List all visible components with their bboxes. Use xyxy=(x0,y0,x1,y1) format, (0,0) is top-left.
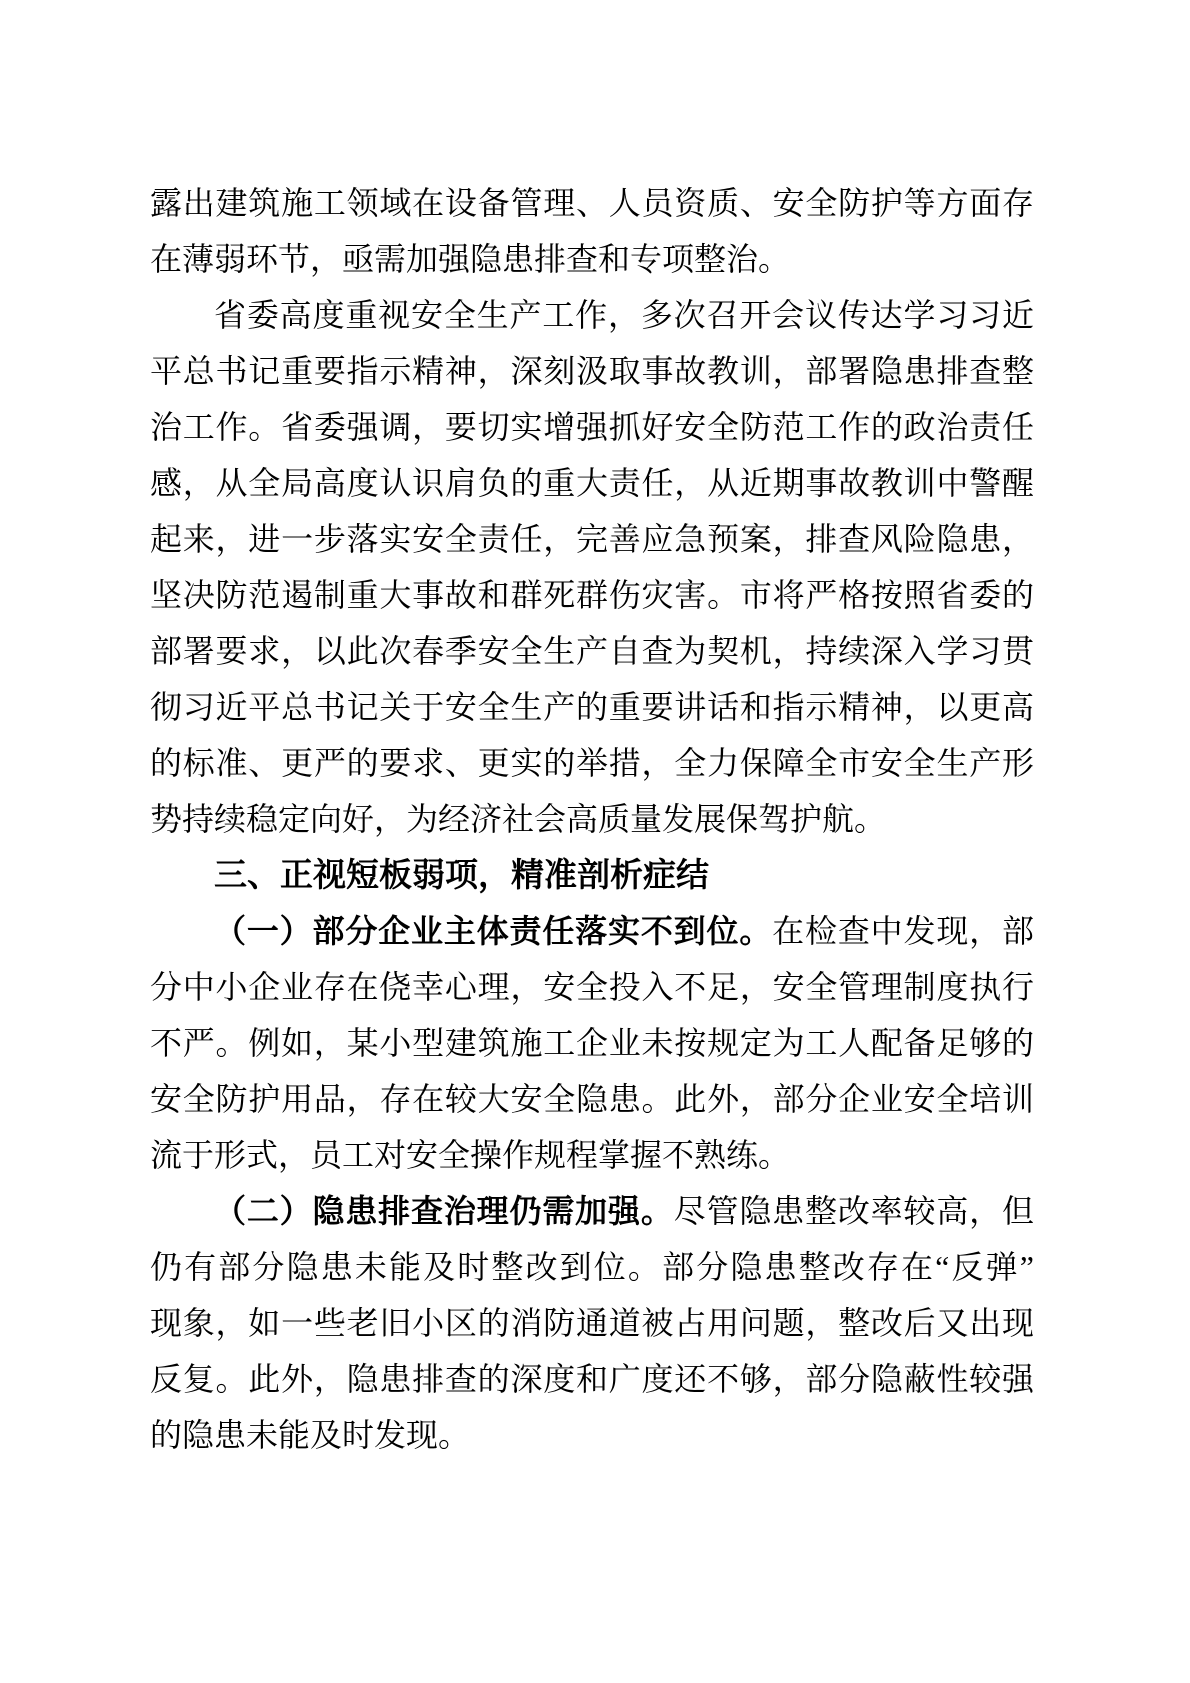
text-run: 在薄弱环节，亟需加强隐患排查和专项整治。 xyxy=(150,241,790,277)
text-line: 安全防护用品，存在较大安全隐患。此外，部分企业安全培训 xyxy=(150,1071,1034,1127)
text-line: 起来，进一步落实安全责任，完善应急预案，排查风险隐患， xyxy=(150,511,1034,567)
text-line: 的标准、更严的要求、更实的举措，全力保障全市安全生产形 xyxy=(150,735,1034,791)
text-run: 势持续稳定向好，为经济社会高质量发展保驾护航。 xyxy=(150,801,886,837)
text-run: 尽管隐患整改率较高，但 xyxy=(674,1193,1034,1229)
text-line: 分中小企业存在侥幸心理，安全投入不足，安全管理制度执行 xyxy=(150,959,1034,1015)
text-run: 平总书记重要指示精神，深刻汲取事故教训，部署隐患排查整 xyxy=(150,353,1034,389)
text-run: 流于形式，员工对安全操作规程掌握不熟练。 xyxy=(150,1137,790,1173)
section-heading-text: 三、正视短板弱项，精准剖析症结 xyxy=(214,856,709,893)
text-run: 的隐患未能及时发现。 xyxy=(150,1417,470,1453)
text-line: 势持续稳定向好，为经济社会高质量发展保驾护航。 xyxy=(150,791,1034,847)
text-run: 彻习近平总书记关于安全生产的重要讲话和指示精神，以更高 xyxy=(150,689,1034,725)
text-run: 反复。此外，隐患排查的深度和广度还不够，部分隐蔽性较强 xyxy=(150,1361,1034,1397)
text-run: 部署要求，以此次春季安全生产自查为契机，持续深入学习贯 xyxy=(150,633,1034,669)
text-run: 感，从全局高度认识肩负的重大责任，从近期事故教训中警醒 xyxy=(150,465,1034,501)
subsection-title: （二）隐患排查治理仍需加强。 xyxy=(214,1193,674,1229)
text-run: 治工作。省委强调，要切实增强抓好安全防范工作的政治责任 xyxy=(150,409,1034,445)
text-line: 在薄弱环节，亟需加强隐患排查和专项整治。 xyxy=(150,231,1034,287)
text-run: 分中小企业存在侥幸心理，安全投入不足，安全管理制度执行 xyxy=(150,969,1034,1005)
text-run: 现象，如一些老旧小区的消防通道被占用问题，整改后又出现 xyxy=(150,1305,1034,1341)
text-line: 现象，如一些老旧小区的消防通道被占用问题，整改后又出现 xyxy=(150,1295,1034,1351)
text-run: 安全防护用品，存在较大安全隐患。此外，部分企业安全培训 xyxy=(150,1081,1034,1117)
text-run: 不严。例如，某小型建筑施工企业未按规定为工人配备足够的 xyxy=(150,1025,1034,1061)
section-heading: 三、正视短板弱项，精准剖析症结 xyxy=(150,847,1034,903)
text-line: 平总书记重要指示精神，深刻汲取事故教训，部署隐患排查整 xyxy=(150,343,1034,399)
text-line: （二）隐患排查治理仍需加强。尽管隐患整改率较高，但 xyxy=(150,1183,1034,1239)
text-line: 反复。此外，隐患排查的深度和广度还不够，部分隐蔽性较强 xyxy=(150,1351,1034,1407)
document-body: 露出建筑施工领域在设备管理、人员资质、安全防护等方面存 在薄弱环节，亟需加强隐患… xyxy=(150,175,1034,1463)
text-run: 仍有部分隐患未能及时整改到位。部分隐患整改存在“反弹” xyxy=(150,1249,1034,1285)
text-run: 坚决防范遏制重大事故和群死群伤灾害。市将严格按照省委的 xyxy=(150,577,1034,613)
document-page: 露出建筑施工领域在设备管理、人员资质、安全防护等方面存 在薄弱环节，亟需加强隐患… xyxy=(0,0,1190,1683)
text-run: 省委高度重视安全生产工作，多次召开会议传达学习习近 xyxy=(214,297,1034,333)
text-run: 起来，进一步落实安全责任，完善应急预案，排查风险隐患， xyxy=(150,521,1034,557)
text-line: 仍有部分隐患未能及时整改到位。部分隐患整改存在“反弹” xyxy=(150,1239,1034,1295)
text-line: （一）部分企业主体责任落实不到位。在检查中发现，部 xyxy=(150,903,1034,959)
text-line: 感，从全局高度认识肩负的重大责任，从近期事故教训中警醒 xyxy=(150,455,1034,511)
text-line: 部署要求，以此次春季安全生产自查为契机，持续深入学习贯 xyxy=(150,623,1034,679)
text-line: 不严。例如，某小型建筑施工企业未按规定为工人配备足够的 xyxy=(150,1015,1034,1071)
text-line: 的隐患未能及时发现。 xyxy=(150,1407,1034,1463)
text-line: 省委高度重视安全生产工作，多次召开会议传达学习习近 xyxy=(150,287,1034,343)
text-line: 治工作。省委强调，要切实增强抓好安全防范工作的政治责任 xyxy=(150,399,1034,455)
text-run: 露出建筑施工领域在设备管理、人员资质、安全防护等方面存 xyxy=(150,185,1034,221)
text-line: 露出建筑施工领域在设备管理、人员资质、安全防护等方面存 xyxy=(150,175,1034,231)
subsection-title: （一）部分企业主体责任落实不到位。 xyxy=(214,913,772,949)
text-run: 在检查中发现，部 xyxy=(772,913,1034,949)
text-run: 的标准、更严的要求、更实的举措，全力保障全市安全生产形 xyxy=(150,745,1034,781)
text-line: 流于形式，员工对安全操作规程掌握不熟练。 xyxy=(150,1127,1034,1183)
text-line: 坚决防范遏制重大事故和群死群伤灾害。市将严格按照省委的 xyxy=(150,567,1034,623)
text-line: 彻习近平总书记关于安全生产的重要讲话和指示精神，以更高 xyxy=(150,679,1034,735)
